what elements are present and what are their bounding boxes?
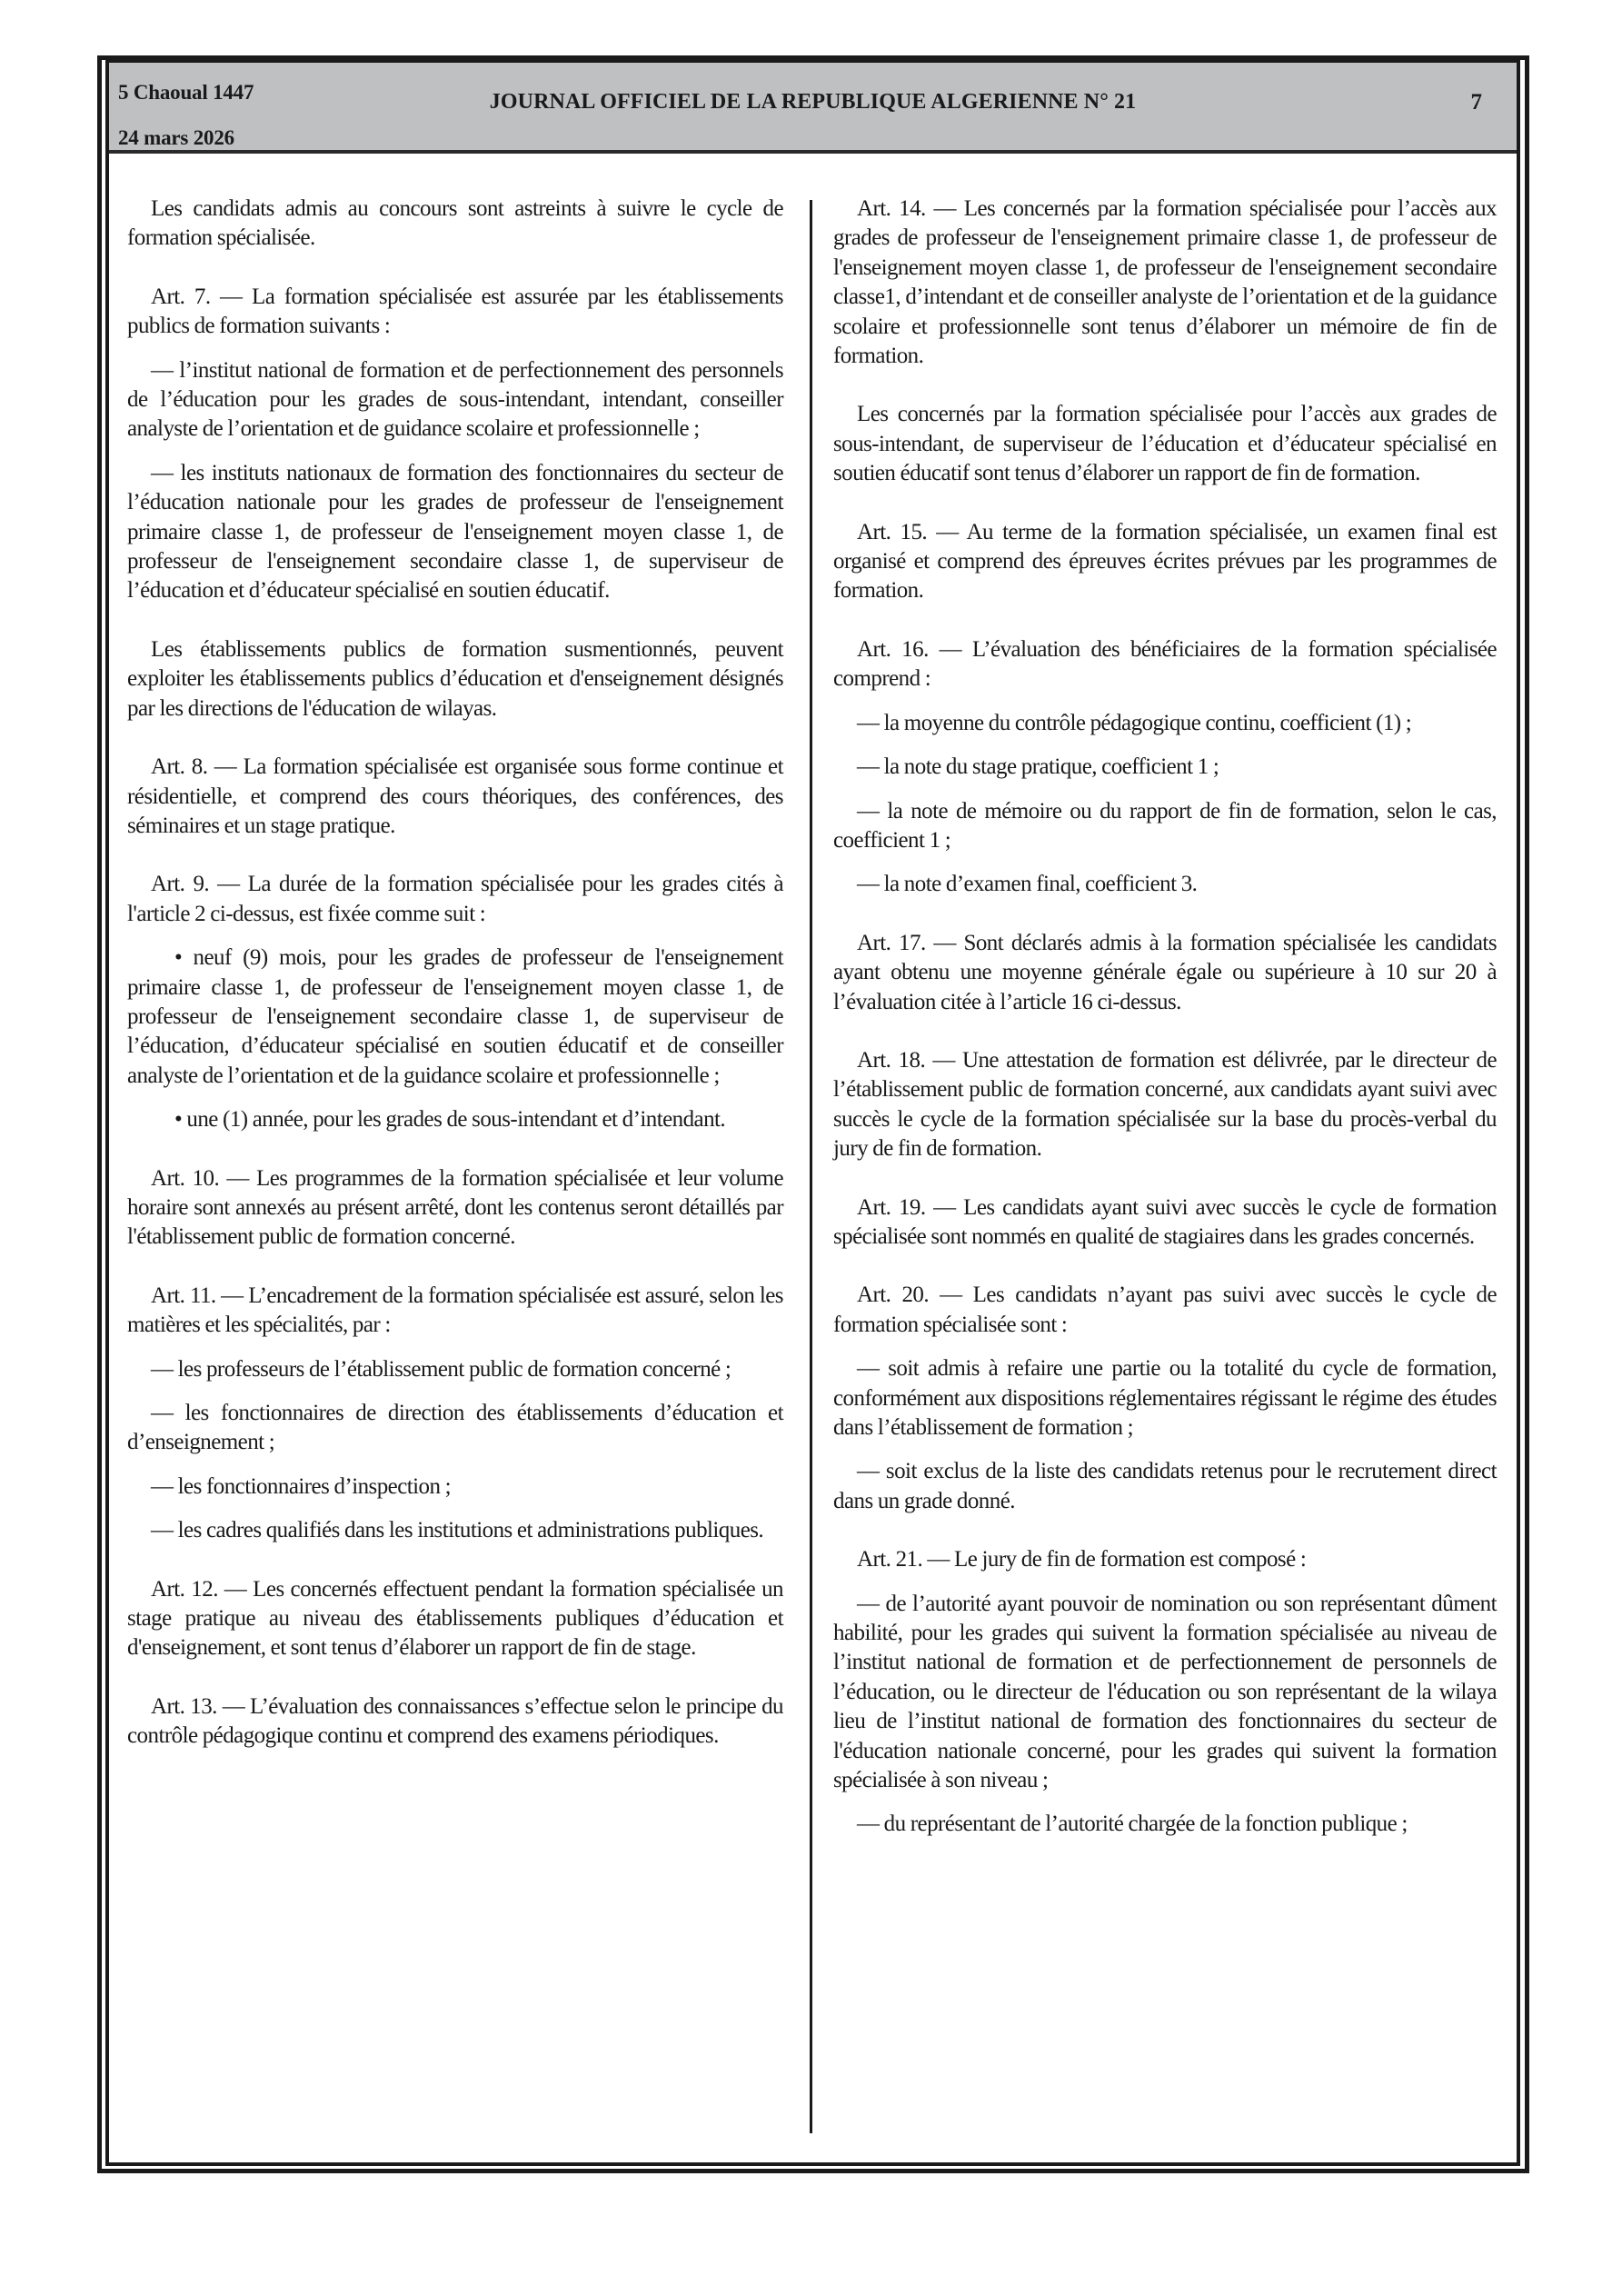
article-9: Art. 9. — La durée de la formation spéci… bbox=[127, 870, 783, 929]
article-21: Art. 21. — Le jury de fin de formation e… bbox=[833, 1545, 1497, 1574]
list-item: — la moyenne du contrôle pédagogique con… bbox=[833, 709, 1497, 738]
list-item: — l’institut national de formation et de… bbox=[127, 356, 783, 444]
article-11: Art. 11. — L’encadrement de la formation… bbox=[127, 1282, 783, 1341]
article-12: Art. 12. — Les concernés effectuent pend… bbox=[127, 1575, 783, 1663]
gregorian-date: 24 mars 2026 bbox=[118, 115, 254, 161]
list-item: — soit exclus de la liste des candidats … bbox=[833, 1457, 1497, 1516]
article-16: Art. 16. — L’évaluation des bénéficiaire… bbox=[833, 635, 1497, 694]
column-divider bbox=[810, 200, 812, 2133]
article-10: Art. 10. — Les programmes de la formatio… bbox=[127, 1164, 783, 1253]
article-18: Art. 18. — Une attestation de formation … bbox=[833, 1046, 1497, 1164]
list-item: — la note d’examen final, coefficient 3. bbox=[833, 870, 1497, 899]
list-item: — de l’autorité ayant pouvoir de nominat… bbox=[833, 1590, 1497, 1796]
journal-header: 5 Chaoual 1447 24 mars 2026 JOURNAL OFFI… bbox=[109, 63, 1517, 154]
list-item: — la note du stage pratique, coefficient… bbox=[833, 753, 1497, 782]
header-dates: 5 Chaoual 1447 24 mars 2026 bbox=[118, 70, 254, 161]
left-column: Les candidats admis au concours sont ast… bbox=[127, 195, 783, 1766]
paragraph: Les concernés par la formation spécialis… bbox=[833, 400, 1497, 488]
list-item: — du représentant de l’autorité chargée … bbox=[833, 1810, 1497, 1839]
list-item: — les professeurs de l’établissement pub… bbox=[127, 1355, 783, 1384]
article-7: Art. 7. — La formation spécialisée est a… bbox=[127, 283, 783, 342]
article-19: Art. 19. — Les candidats ayant suivi ave… bbox=[833, 1193, 1497, 1253]
article-13: Art. 13. — L’évaluation des connaissance… bbox=[127, 1692, 783, 1752]
list-item: — les fonctionnaires de direction des ét… bbox=[127, 1399, 783, 1458]
paragraph: Les établissements publics de formation … bbox=[127, 635, 783, 724]
article-17: Art. 17. — Sont déclarés admis à la form… bbox=[833, 929, 1497, 1017]
article-8: Art. 8. — La formation spécialisée est o… bbox=[127, 753, 783, 841]
list-item: — soit admis à refaire une partie ou la … bbox=[833, 1354, 1497, 1442]
article-14: Art. 14. — Les concernés par la formatio… bbox=[833, 195, 1497, 371]
paragraph: Les candidats admis au concours sont ast… bbox=[127, 195, 783, 254]
article-15: Art. 15. — Au terme de la formation spéc… bbox=[833, 518, 1497, 606]
list-item: — les instituts nationaux de formation d… bbox=[127, 459, 783, 606]
page-number: 7 bbox=[1471, 90, 1483, 115]
journal-title: JOURNAL OFFICIEL DE LA REPUBLIQUE ALGERI… bbox=[109, 90, 1517, 115]
article-20: Art. 20. — Les candidats n’ayant pas sui… bbox=[833, 1281, 1497, 1340]
bullet-item: • une (1) année, pour les grades de sous… bbox=[127, 1105, 783, 1134]
bullet-item: • neuf (9) mois, pour les grades de prof… bbox=[127, 943, 783, 1091]
list-item: — la note de mémoire ou du rapport de fi… bbox=[833, 797, 1497, 856]
right-column: Art. 14. — Les concernés par la formatio… bbox=[833, 195, 1497, 1854]
list-item: — les cadres qualifiés dans les institut… bbox=[127, 1516, 783, 1545]
list-item: — les fonctionnaires d’inspection ; bbox=[127, 1472, 783, 1502]
